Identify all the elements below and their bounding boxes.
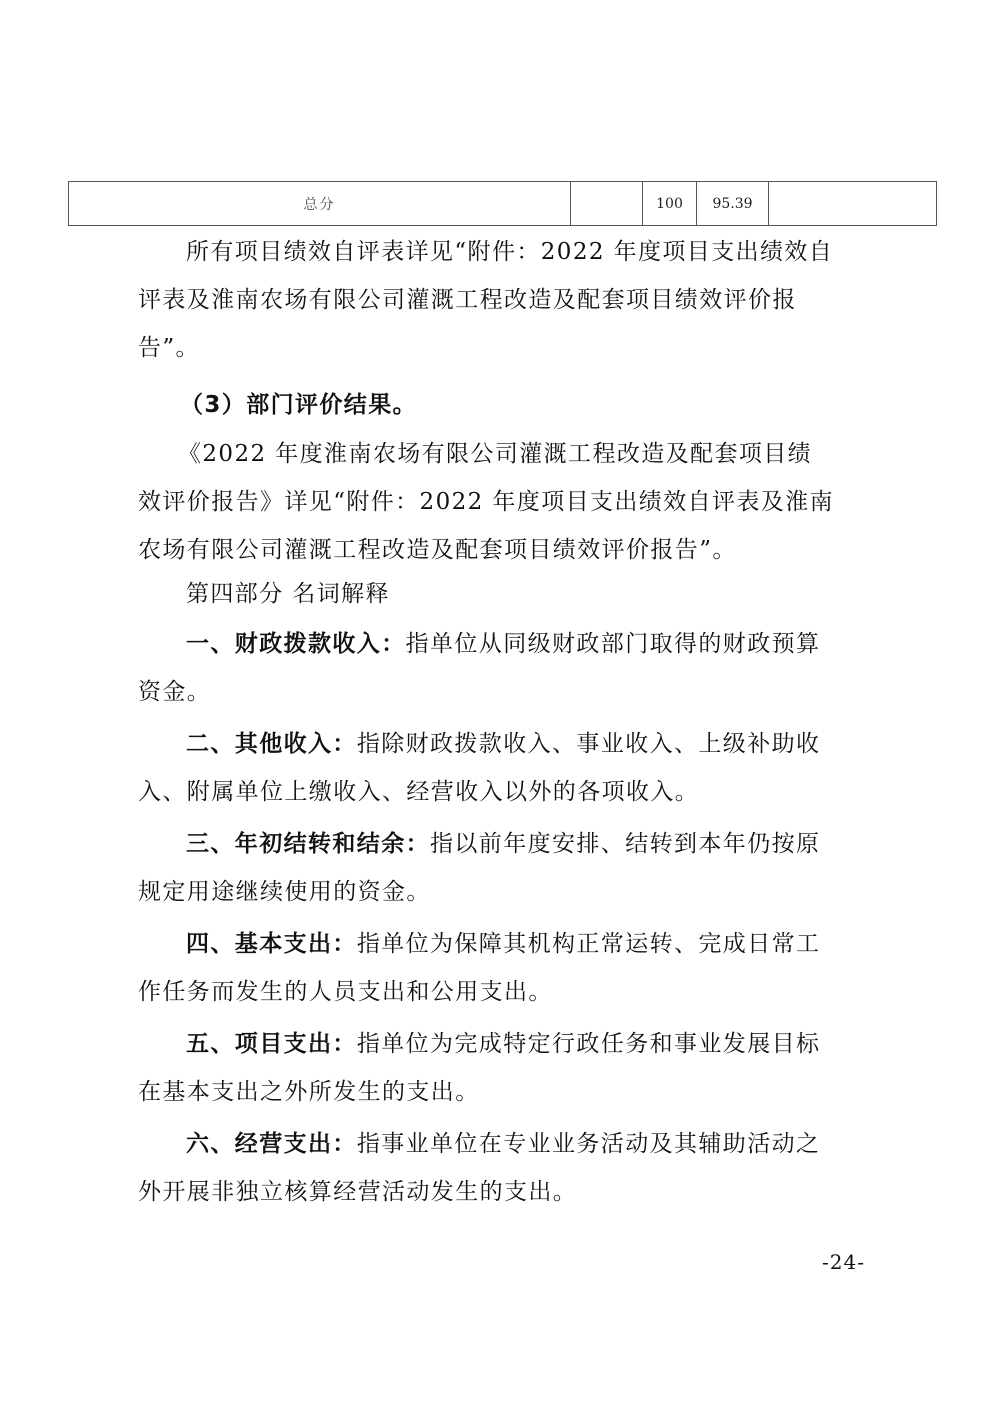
definition-text-cont: 外开展非独立核算经营活动发生的支出。 [138, 1168, 872, 1216]
paragraph-department-evaluation: 《2022 年度淮南农场有限公司灌溉工程改造及配套项目绩 效评价报告》详见“附件… [138, 430, 872, 574]
text-line: 所有项目绩效自评表详见“附件：2022 年度项目支出绩效自 [138, 228, 872, 276]
definition-text-cont: 在基本支出之外所发生的支出。 [138, 1068, 872, 1116]
definition-text: 指除财政拨款收入、事业收入、上级补助收 [357, 731, 821, 757]
definition-term: 一、财政拨款收入： [186, 631, 406, 657]
text-line: 《2022 年度淮南农场有限公司灌溉工程改造及配套项目绩 [138, 430, 872, 478]
definition-1: 一、财政拨款收入：指单位从同级财政部门取得的财政预算 资金。 [138, 620, 872, 716]
definition-term: 二、其他收入： [186, 731, 357, 757]
definition-term: 五、项目支出： [186, 1031, 357, 1057]
empty-cell [571, 182, 643, 226]
sub-heading: （3）部门评价结果。 [180, 381, 914, 429]
definition-text: 指单位为完成特定行政任务和事业发展目标 [357, 1031, 821, 1057]
definition-text: 指以前年度安排、结转到本年仍按原 [430, 831, 820, 857]
text-line: 效评价报告》详见“附件：2022 年度项目支出绩效自评表及淮南 [138, 478, 872, 526]
full-score-cell: 100 [643, 182, 697, 226]
definition-text: 指单位从同级财政部门取得的财政预算 [406, 631, 821, 657]
table-row-total: 总分 100 95.39 [69, 182, 937, 226]
definition-4: 四、基本支出：指单位为保障其机构正常运转、完成日常工 作任务而发生的人员支出和公… [138, 920, 872, 1016]
definition-3: 三、年初结转和结余：指以前年度安排、结转到本年仍按原 规定用途继续使用的资金。 [138, 820, 872, 916]
total-label-cell: 总分 [69, 182, 571, 226]
empty-cell [769, 182, 937, 226]
score-table: 总分 100 95.39 [68, 181, 937, 226]
text-line: 告”。 [138, 324, 872, 372]
definition-6: 六、经营支出：指事业单位在专业业务活动及其辅助活动之 外开展非独立核算经营活动发… [138, 1120, 872, 1216]
paragraph-self-evaluation: 所有项目绩效自评表详见“附件：2022 年度项目支出绩效自 评表及淮南农场有限公… [138, 228, 872, 372]
definition-term: 六、经营支出： [186, 1131, 357, 1157]
score-cell: 95.39 [697, 182, 769, 226]
definition-term: 三、年初结转和结余： [186, 831, 430, 857]
text-line: 评表及淮南农场有限公司灌溉工程改造及配套项目绩效评价报 [138, 276, 872, 324]
definition-text-cont: 规定用途继续使用的资金。 [138, 868, 872, 916]
definition-text: 指事业单位在专业业务活动及其辅助活动之 [357, 1131, 821, 1157]
definition-text-cont: 资金。 [138, 668, 872, 716]
definition-5: 五、项目支出：指单位为完成特定行政任务和事业发展目标 在基本支出之外所发生的支出… [138, 1020, 872, 1116]
definition-text-cont: 作任务而发生的人员支出和公用支出。 [138, 968, 872, 1016]
definition-term: 四、基本支出： [186, 931, 357, 957]
text-line: 农场有限公司灌溉工程改造及配套项目绩效评价报告”。 [138, 526, 872, 574]
page-number: -24- [822, 1250, 865, 1274]
section-title: 第四部分 名词解释 [186, 570, 920, 618]
definition-text-cont: 入、附属单位上缴收入、经营收入以外的各项收入。 [138, 768, 872, 816]
definition-text: 指单位为保障其机构正常运转、完成日常工 [357, 931, 821, 957]
definition-2: 二、其他收入：指除财政拨款收入、事业收入、上级补助收 入、附属单位上缴收入、经营… [138, 720, 872, 816]
